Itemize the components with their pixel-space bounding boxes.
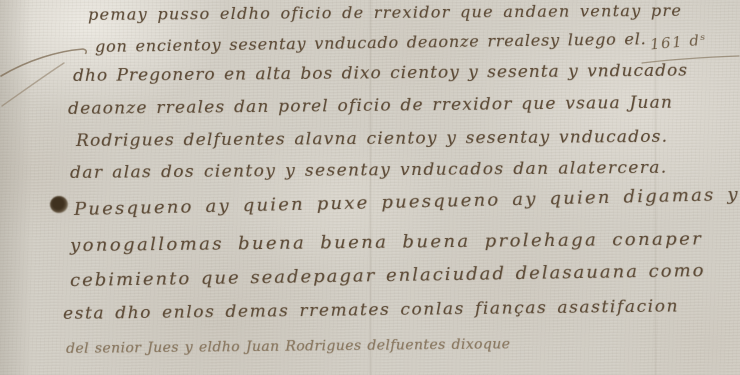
manuscript-line: dho Pregonero en alta bos dixo cientoy y… (73, 61, 688, 86)
manuscript-line: pemay pusso eldho oficio de rrexidor que… (88, 1, 682, 24)
manuscript-line: Rodrigues delfuentes alavna cientoy y se… (76, 127, 668, 151)
manuscript-line: del senior Jues y eldho Juan Rodrigues d… (66, 336, 510, 357)
manuscript-line: gon encientoy sesentay vnducado deaonze … (95, 29, 647, 56)
manuscript-line: dar alas dos cientoy y sesentay vnducado… (70, 158, 668, 183)
ink-blot (50, 196, 68, 213)
manuscript-line: Puesqueno ay quien puxe puesqueno ay qui… (74, 184, 740, 220)
manuscript-page: pemay pusso eldho oficio de rrexidor que… (0, 0, 740, 375)
margin-annotation: 161 dˢ (649, 31, 707, 54)
manuscript-line: esta dho enlos demas rremates conlas fia… (63, 296, 679, 324)
page-edge-shading (0, 0, 32, 375)
manuscript-line: cebimiento que seadepagar enlaciudad del… (70, 260, 706, 291)
manuscript-line: deaonze rreales dan porel oficio de rrex… (68, 93, 673, 119)
manuscript-line: yonogallomas buena buena buena prolehaga… (70, 228, 703, 256)
